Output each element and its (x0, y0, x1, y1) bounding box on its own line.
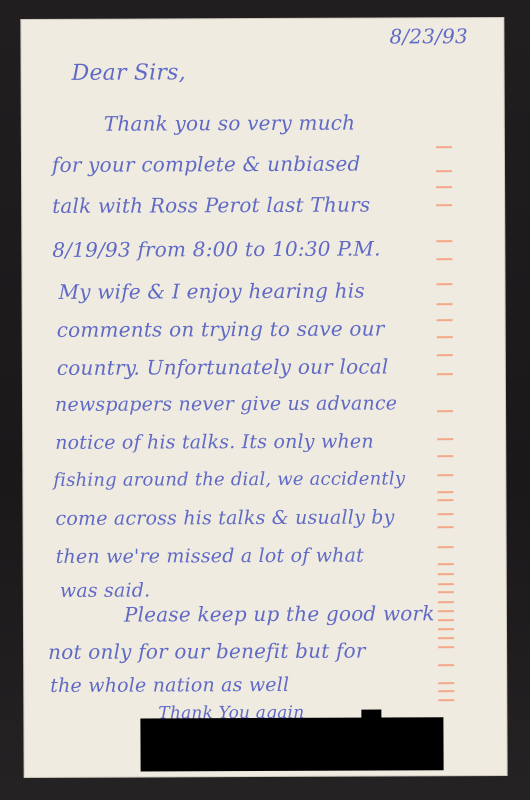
tick-mark (437, 303, 453, 305)
tick-mark (437, 283, 453, 285)
tick-mark (437, 499, 453, 501)
tick-mark (437, 354, 453, 356)
tick-mark (438, 591, 454, 593)
tick-mark (437, 474, 453, 476)
letter-line: notice of his talks. Its only when (55, 433, 374, 453)
tick-mark (436, 258, 452, 260)
tick-mark (438, 637, 454, 639)
tick-mark (437, 410, 453, 412)
letter-line: not only for our benefit but for (48, 641, 366, 662)
letter-date: 8/23/93 (389, 26, 468, 46)
tick-mark (437, 319, 453, 321)
letter-line: comments on trying to save our (57, 318, 385, 339)
tick-mark (437, 373, 453, 375)
tick-mark (436, 204, 452, 206)
tick-mark (438, 646, 454, 648)
letter-line: Thank you so very much (104, 113, 356, 134)
tick-mark (437, 455, 453, 457)
letter-line: newspapers never give us advance (55, 394, 397, 414)
tick-mark (438, 573, 454, 575)
letter-line: then we're missed a lot of what (56, 547, 364, 567)
letter-line: talk with Ross Perot last Thurs (52, 195, 370, 216)
letter-line: 8/19/93 from 8:00 to 10:30 P.M. (52, 238, 380, 259)
tick-mark (438, 513, 454, 515)
letter-line: My wife & I enjoy hearing his (58, 281, 364, 302)
tick-mark (438, 664, 454, 666)
tick-mark (438, 601, 454, 603)
letter-line: Please keep up the good work (124, 603, 435, 624)
tick-mark (437, 491, 453, 493)
tick-mark (437, 438, 453, 440)
tick-mark (436, 170, 452, 172)
tick-mark (436, 240, 452, 242)
letter-paper: 8/23/93 Dear Sirs, Thank you so very muc… (21, 18, 506, 777)
tick-mark (438, 546, 454, 548)
tick-mark (438, 690, 454, 692)
margin-tick-marks (435, 18, 456, 775)
letter-line: was said. (60, 581, 151, 600)
tick-mark (438, 583, 454, 585)
tick-mark (438, 682, 454, 684)
tick-mark (436, 186, 452, 188)
tick-mark (438, 628, 454, 630)
letter-line: for your complete & unbiased (52, 154, 361, 175)
tick-mark (438, 699, 454, 701)
letter-line: the whole nation as well (50, 676, 289, 696)
tick-mark (438, 619, 454, 621)
signature-redaction (140, 717, 443, 771)
tick-mark (436, 146, 452, 148)
letter-line: country. Unfortunately our local (57, 356, 389, 377)
tick-mark (437, 336, 453, 338)
letter-line: fishing around the dial, we accidently (53, 470, 405, 490)
salutation: Dear Sirs, (72, 62, 186, 84)
letter-line: come across his talks & usually by (55, 508, 394, 528)
tick-mark (438, 563, 454, 565)
tick-mark (438, 610, 454, 612)
tick-mark (438, 526, 454, 528)
